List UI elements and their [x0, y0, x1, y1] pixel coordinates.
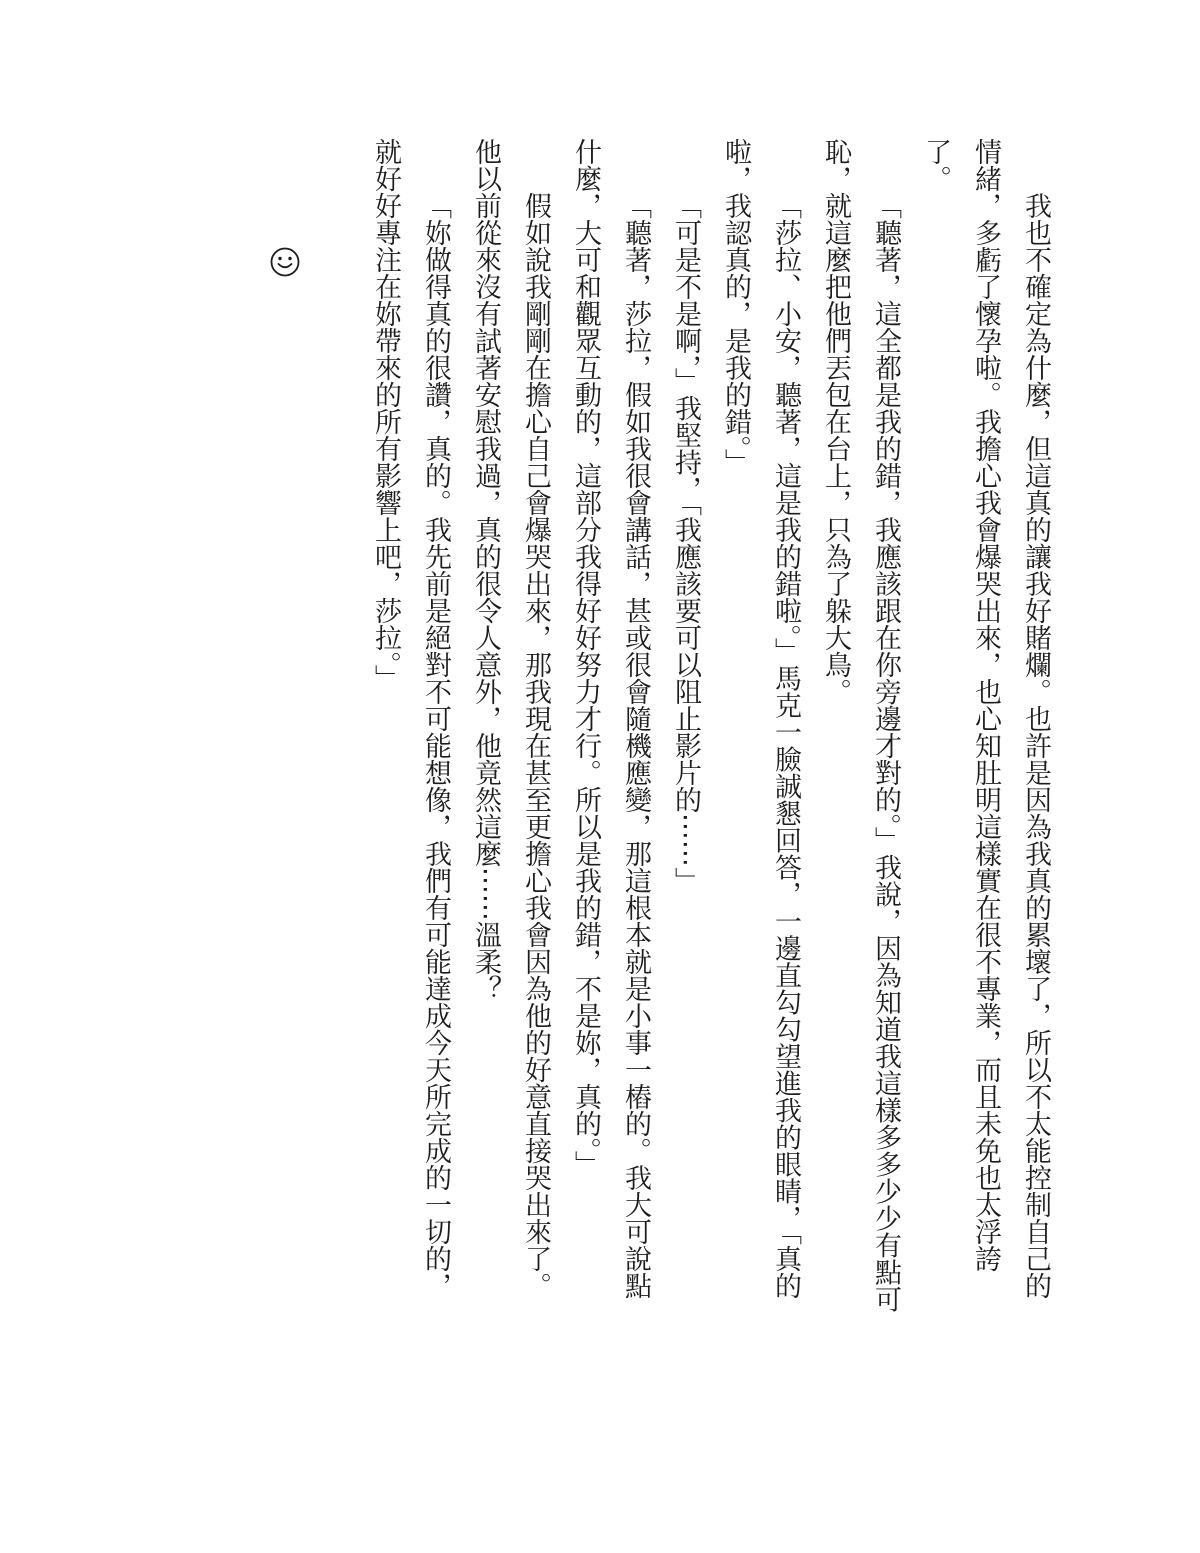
text-paragraph-1: 我也不確定為什麼，但這真的讓我好賭爛。也許是因為我真的累壞了，所以不太能控制自己… [910, 138, 1060, 1318]
text-paragraph-5: 「聽著，莎拉，假如我很會講話，甚或很會隨機應變，那這根本就是小事一樁的。我大可說… [560, 138, 660, 1318]
text-paragraph-7: 「妳做得真的很讚，真的。我先前是絕對不可能想像，我們有可能達成今天所完成的一切的… [360, 138, 460, 1318]
book-page: 我也不確定為什麼，但這真的讓我好賭爛。也許是因為我真的累壞了，所以不太能控制自己… [0, 0, 1200, 1553]
emote-paragraph [260, 138, 310, 1318]
text-paragraph-4: 「可是不是啊，」我堅持，「我應該要可以阻止影片的⋯⋯」 [660, 138, 710, 1318]
smiley-icon [269, 192, 301, 224]
text-paragraph-3: 「莎拉、小安，聽著，這是我的錯啦。」馬克一臉誠懇回答，一邊直勾勾望進我的眼睛，「… [710, 138, 810, 1318]
page-text: 我也不確定為什麼，但這真的讓我好賭爛。也許是因為我真的累壞了，所以不太能控制自己… [260, 138, 1060, 1318]
text-paragraph-6: 假如說我剛剛在擔心自己會爆哭出來，那我現在甚至更擔心我會因為他的好意直接哭出來了… [460, 138, 560, 1318]
text-paragraph-2: 「聽著，這全都是我的錯，我應該跟在你旁邊才對的。」我說，因為知道我這樣多多少少有… [810, 138, 910, 1318]
